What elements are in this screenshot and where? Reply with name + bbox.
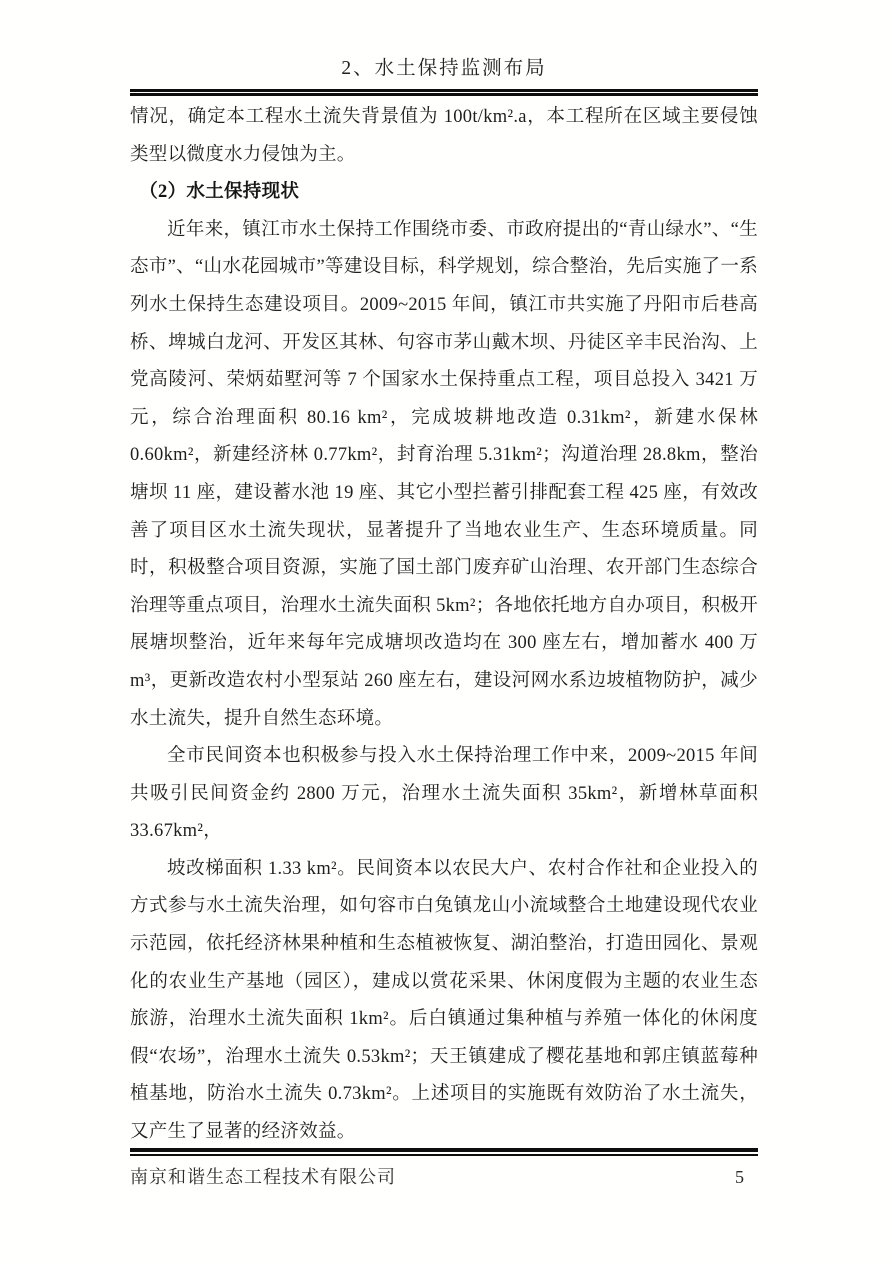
footer-company-name: 南京和谐生态工程技术有限公司 [130,1163,396,1189]
document-page: 2、水土保持监测布局 情况，确定本工程水土流失背景值为 100t/km².a，本… [0,0,892,1263]
paragraph-erosion-background: 情况，确定本工程水土流失背景值为 100t/km².a，本工程所在区域主要侵蚀类… [130,99,758,174]
page-header: 2、水土保持监测布局 [130,52,758,96]
header-rule-bottom-line [130,93,758,96]
paragraph-private-capital: 全市民间资本也积极参与投入水土保持治理工作中来，2009~2015 年间共吸引民… [130,738,758,851]
footer-rule [130,1148,758,1156]
page-header-title: 2、水土保持监测布局 [130,52,758,80]
paragraph-key-projects: 近年来，镇江市水土保持工作围绕市委、市政府提出的“青山绿水”、“生态市”、“山水… [130,212,758,738]
footer-rule-bottom-line [130,1154,758,1156]
paragraph-terrace-and-demo-parks: 坡改梯面积 1.33 km²。民间资本以农民大户、农村合作社和企业投入的方式参与… [130,851,758,1145]
footer-page-number: 5 [735,1167,758,1188]
footer-row: 南京和谐生态工程技术有限公司 5 [130,1163,758,1189]
section-heading-soil-conservation-status: （2）水土保持现状 [130,174,758,212]
header-rule [130,89,758,96]
page-footer: 南京和谐生态工程技术有限公司 5 [130,1148,758,1189]
document-body: 情况，确定本工程水土流失背景值为 100t/km².a，本工程所在区域主要侵蚀类… [130,99,758,1145]
